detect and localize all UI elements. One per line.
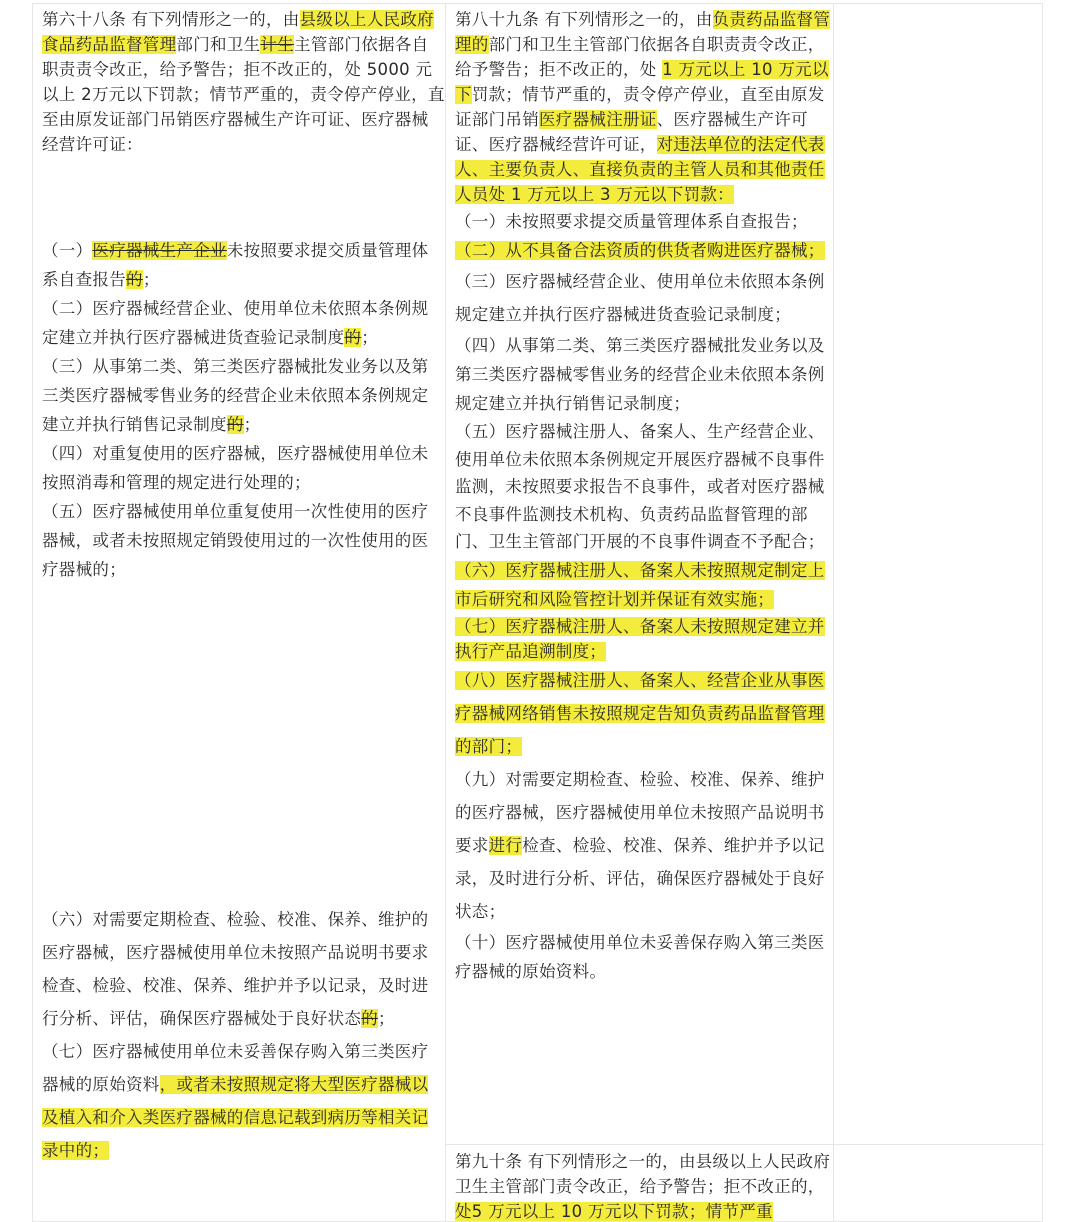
text: ； (378, 1009, 395, 1028)
mid-item-1: （一）未按照要求提交质量管理体系自查报告； (455, 207, 833, 236)
text: 部门和卫生 (176, 35, 260, 54)
mid-item-10: （十）医疗器械使用单位未妥善保存购入第三类医疗器械的原始资料。 (455, 928, 833, 986)
left-column-old-regulation: 第六十八条 有下列情形之一的，由县级以上人民政府食品药品监督管理部门和卫生计生主… (33, 4, 446, 1221)
left-item-7: （七）医疗器械使用单位未妥善保存购入第三类医疗器械的原始资料，或者未按照规定将大… (42, 1035, 445, 1167)
deleted-text: 计生 (260, 35, 294, 54)
text: 第八十九条 有下列情形之一的，由 (455, 10, 713, 29)
highlight: 进行 (489, 836, 523, 855)
left-item-5: （五）医疗器械使用单位重复使用一次性使用的医疗器械，或者未按照规定销毁使用过的一… (42, 497, 445, 584)
article-68-intro: 第六十八条 有下列情形之一的，由县级以上人民政府食品药品监督管理部门和卫生计生主… (42, 7, 445, 157)
mid-item-3: （三）医疗器械经营企业、使用单位未依照本条例规定建立并执行医疗器械进货查验记录制… (455, 265, 833, 331)
mid-item-4: （四）从事第二类、第三类医疗器械批发业务以及第三类医疗器械零售业务的经营企业未依… (455, 331, 833, 418)
deleted-text: 的 (126, 270, 143, 289)
article-90-text: 第九十条 有下列情形之一的，由县级以上人民政府卫生主管部门责令改正，给予警告；拒… (455, 1149, 833, 1222)
mid-item-5: （五）医疗器械注册人、备案人、生产经营企业、使用单位未依照本条例规定开展医疗器械… (455, 418, 833, 556)
highlight: 医疗器械注册证 (539, 110, 657, 129)
highlight: （二）从不具备合法资质的供货者购进医疗器械； (455, 241, 825, 260)
text: 第九十条 有下列情形之一的，由县级以上人民政府卫生主管部门责令改正，给予警告；拒… (455, 1152, 830, 1196)
mid-item-6: （六）医疗器械注册人、备案人未按照规定制定上市后研究和风险管控计划并保证有效实施… (455, 556, 833, 614)
deleted-text: 的 (227, 415, 244, 434)
mid-item-7: （七）医疗器械注册人、备案人未按照规定建立并执行产品追溯制度； (455, 614, 833, 664)
left-item-4: （四）对重复使用的医疗器械，医疗器械使用单位未按照消毒和管理的规定进行处理的； (42, 439, 445, 497)
left-item-6: （六）对需要定期检查、检验、校准、保养、维护的医疗器械，医疗器械使用单位未按照产… (42, 903, 445, 1035)
middle-column-new-regulation: 第八十九条 有下列情形之一的，由负责药品监督管理的部门和卫生主管部门依据各自职责… (446, 4, 834, 1144)
left-item-2: （二）医疗器械经营企业、使用单位未依照本条例规定建立并执行医疗器械进货查验记录制… (42, 294, 445, 352)
mid-item-9: （九）对需要定期检查、检验、校准、保养、维护的医疗器械，医疗器械使用单位未按照产… (455, 763, 833, 928)
highlight: （七）医疗器械注册人、备案人未按照规定建立并执行产品追溯制度； (455, 617, 825, 661)
text: ； (244, 415, 261, 434)
mid-item-8: （八）医疗器械注册人、备案人、经营企业从事医疗器械网络销售未按照规定告知负责药品… (455, 664, 833, 763)
text: ； (143, 270, 160, 289)
text: 第六十八条 有下列情形之一的，由 (42, 10, 300, 29)
highlight: （八）医疗器械注册人、备案人、经营企业从事医疗器械网络销售未按照规定告知负责药品… (455, 671, 825, 756)
text: ； (361, 328, 378, 347)
left-item-3: （三）从事第二类、第三类医疗器械批发业务以及第三类医疗器械零售业务的经营企业未依… (42, 352, 445, 439)
highlight: 处5 万元以上 10 万元以下罚款；情节严重 (455, 1202, 773, 1221)
article-90-cell: 第九十条 有下列情形之一的，由县级以上人民政府卫生主管部门责令改正，给予警告；拒… (446, 1144, 834, 1222)
right-bottom-empty-cell (834, 1144, 1044, 1222)
deleted-text: 的 (344, 328, 361, 347)
article-89-intro: 第八十九条 有下列情形之一的，由负责药品监督管理的部门和卫生主管部门依据各自职责… (455, 7, 833, 207)
deleted-text: 医疗器械生产企业 (92, 241, 226, 260)
mid-item-2: （二）从不具备合法资质的供货者购进医疗器械； (455, 236, 833, 265)
text: （一） (42, 241, 92, 260)
right-column-empty (834, 4, 1044, 1144)
deleted-text: 的 (361, 1009, 378, 1028)
left-item-1: （一）医疗器械生产企业未按照要求提交质量管理体系自查报告的； (42, 236, 445, 294)
comparison-table: 第六十八条 有下列情形之一的，由县级以上人民政府食品药品监督管理部门和卫生计生主… (32, 3, 1043, 1222)
highlight: （六）医疗器械注册人、备案人未按照规定制定上市后研究和风险管控计划并保证有效实施… (455, 561, 825, 609)
